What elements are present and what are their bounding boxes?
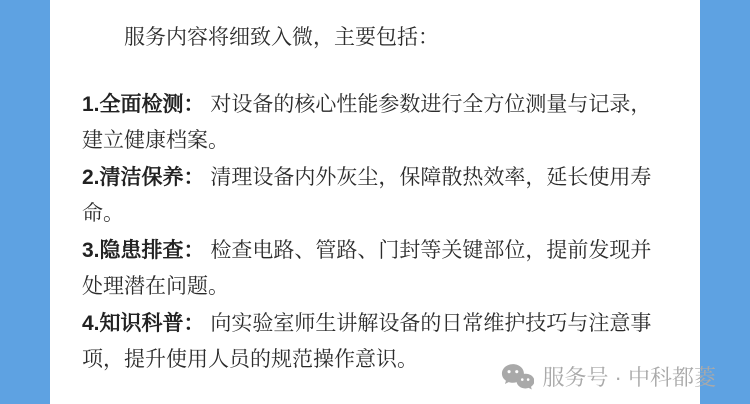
left-accent-bar [0,0,50,404]
watermark-text: 服务号 · 中科都菱 [542,361,716,392]
watermark: 服务号 · 中科都菱 [501,361,716,392]
right-accent-bar [700,0,750,404]
list-item: 2.清洁保养： 清理设备内外灰尘，保障散热效率，延长使用寿命。 [82,160,670,233]
item-label: 2.清洁保养： [82,166,205,189]
intro-text: 服务内容将细致入微，主要包括： [82,20,670,57]
slide: 服务内容将细致入微，主要包括： 1.全面检测： 对设备的核心性能参数进行全方位测… [0,0,750,404]
item-label: 4.知识科普： [82,312,205,335]
item-label: 3.隐患排查： [82,239,205,262]
wechat-icon [501,363,534,391]
list-item: 1.全面检测： 对设备的核心性能参数进行全方位测量与记录，建立健康档案。 [82,87,670,160]
item-label: 1.全面检测： [82,93,205,116]
list-item: 3.隐患排查： 检查电路、管路、门封等关键部位，提前发现并处理潜在问题。 [82,233,670,306]
content-area: 服务内容将细致入微，主要包括： 1.全面检测： 对设备的核心性能参数进行全方位测… [50,0,700,404]
